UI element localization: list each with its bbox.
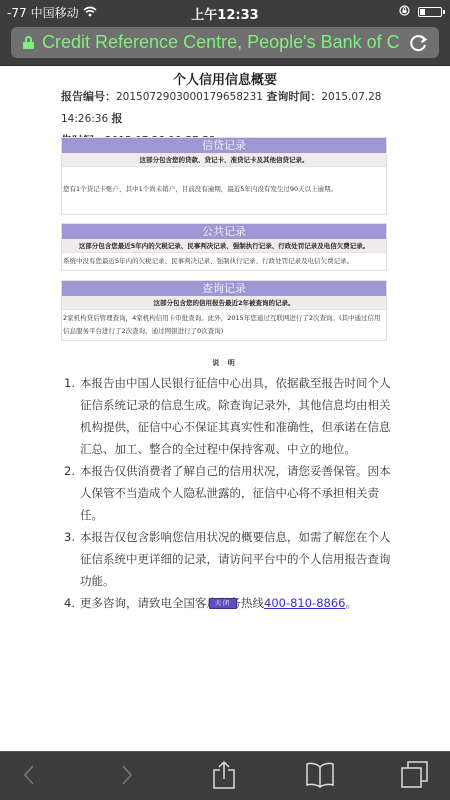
close-button[interactable]: 关闭 — [209, 598, 237, 609]
hotline-link[interactable]: 400-810-8866 — [264, 596, 345, 610]
status-right — [399, 5, 442, 19]
chevron-right-icon — [120, 764, 134, 790]
section-public-records: 公共记录 这部分包含您最近5年内的欠税记录、民事判决记录、强制执行记录、行政处罚… — [61, 223, 387, 271]
section-header: 查询记录 — [62, 281, 386, 296]
section-header: 信贷记录 — [62, 138, 386, 153]
section-subheader: 这部分包含您的信用报告最近2年被查询的记录。 — [62, 296, 386, 310]
section-subheader: 这部分包含您的贷款、贷记卡、准贷记卡及其他信贷记录。 — [62, 153, 386, 167]
browser-toolbar — [0, 751, 450, 800]
report-time-label-part1: 报 — [112, 112, 123, 125]
note-number: 1. — [64, 372, 80, 460]
section-body: 2家机构贷后管理查询，4家机构信用卡审批查询。此外，2015年您通过互联网进行了… — [62, 310, 386, 340]
note-text: 本报告仅供消费者了解自己的信用状况，请您妥善保管。因本人保管不当造成个人隐私泄露… — [80, 460, 394, 526]
note-text: 本报告由中国人民银行征信中心出具，依据截至报告时间个人征信系统记录的信息生成。除… — [80, 372, 394, 460]
report-no: 2015072903000179658231 — [116, 91, 263, 103]
notes-title: 说 明 — [0, 358, 450, 368]
tabs-icon — [400, 760, 430, 794]
notes-list: 1. 本报告由中国人民银行征信中心出具，依据截至报告时间个人征信系统记录的信息生… — [64, 372, 394, 614]
note-number: 4. — [64, 592, 80, 614]
bookmarks-button[interactable] — [305, 762, 335, 792]
url-bar[interactable]: Credit Reference Centre, People's Bank o… — [11, 27, 439, 58]
web-page: 个人信用信息概要 报告编号：2015072903000179658231 查询时… — [0, 66, 450, 750]
query-time-label: 查询时间： — [266, 90, 321, 103]
note-item: 3. 本报告仅包含影响您信用状况的概要信息，如需了解您在个人征信系统中更详细的记… — [64, 526, 394, 592]
report-no-label: 报告编号： — [61, 90, 116, 103]
tabs-button[interactable] — [400, 762, 430, 792]
note-text: 本报告仅包含影响您信用状况的概要信息，如需了解您在个人征信系统中更详细的记录，请… — [80, 526, 394, 592]
note-text: 更多咨询，请致电全国客户服务热线400-810-8866。 — [80, 592, 394, 614]
clock: 上午12:33 — [0, 4, 450, 23]
note-number: 2. — [64, 460, 80, 526]
rotation-lock-icon — [399, 5, 410, 19]
section-body: 系统中没有您最近5年内的欠税记录、民事判决记录、强制执行记录、行政处罚记录及电信… — [62, 253, 386, 270]
back-button[interactable] — [14, 762, 44, 792]
note-text-after: 。 — [345, 596, 357, 610]
forward-button[interactable] — [112, 762, 142, 792]
book-icon — [305, 761, 335, 793]
browser-header: Credit Reference Centre, People's Bank o… — [0, 24, 450, 66]
lock-icon — [23, 36, 34, 49]
url-text[interactable]: Credit Reference Centre, People's Bank o… — [42, 32, 412, 53]
section-body: 您有1个贷记卡账户，其中1个尚未销户，目前没有逾期，最近5年内没有发生过90天以… — [62, 167, 386, 214]
section-subheader: 这部分包含您最近5年内的欠税记录、民事判决记录、强制执行记录、行政处罚记录及电信… — [62, 239, 386, 253]
note-number: 3. — [64, 526, 80, 592]
note-item: 1. 本报告由中国人民银行征信中心出具，依据截至报告时间个人征信系统记录的信息生… — [64, 372, 394, 460]
note-item: 2. 本报告仅供消费者了解自己的信用状况，请您妥善保管。因本人保管不当造成个人隐… — [64, 460, 394, 526]
share-icon — [212, 760, 236, 794]
section-header: 公共记录 — [62, 224, 386, 239]
status-bar: -77 中国移动 上午12:33 — [0, 0, 450, 24]
battery-icon — [418, 7, 442, 17]
chevron-left-icon — [22, 764, 36, 790]
section-query-records: 查询记录 这部分包含您的信用报告最近2年被查询的记录。 2家机构贷后管理查询，4… — [61, 280, 387, 341]
section-credit-records: 信贷记录 这部分包含您的贷款、贷记卡、准贷记卡及其他信贷记录。 您有1个贷记卡账… — [61, 137, 387, 215]
reload-icon[interactable] — [408, 32, 430, 54]
share-button[interactable] — [209, 762, 239, 792]
